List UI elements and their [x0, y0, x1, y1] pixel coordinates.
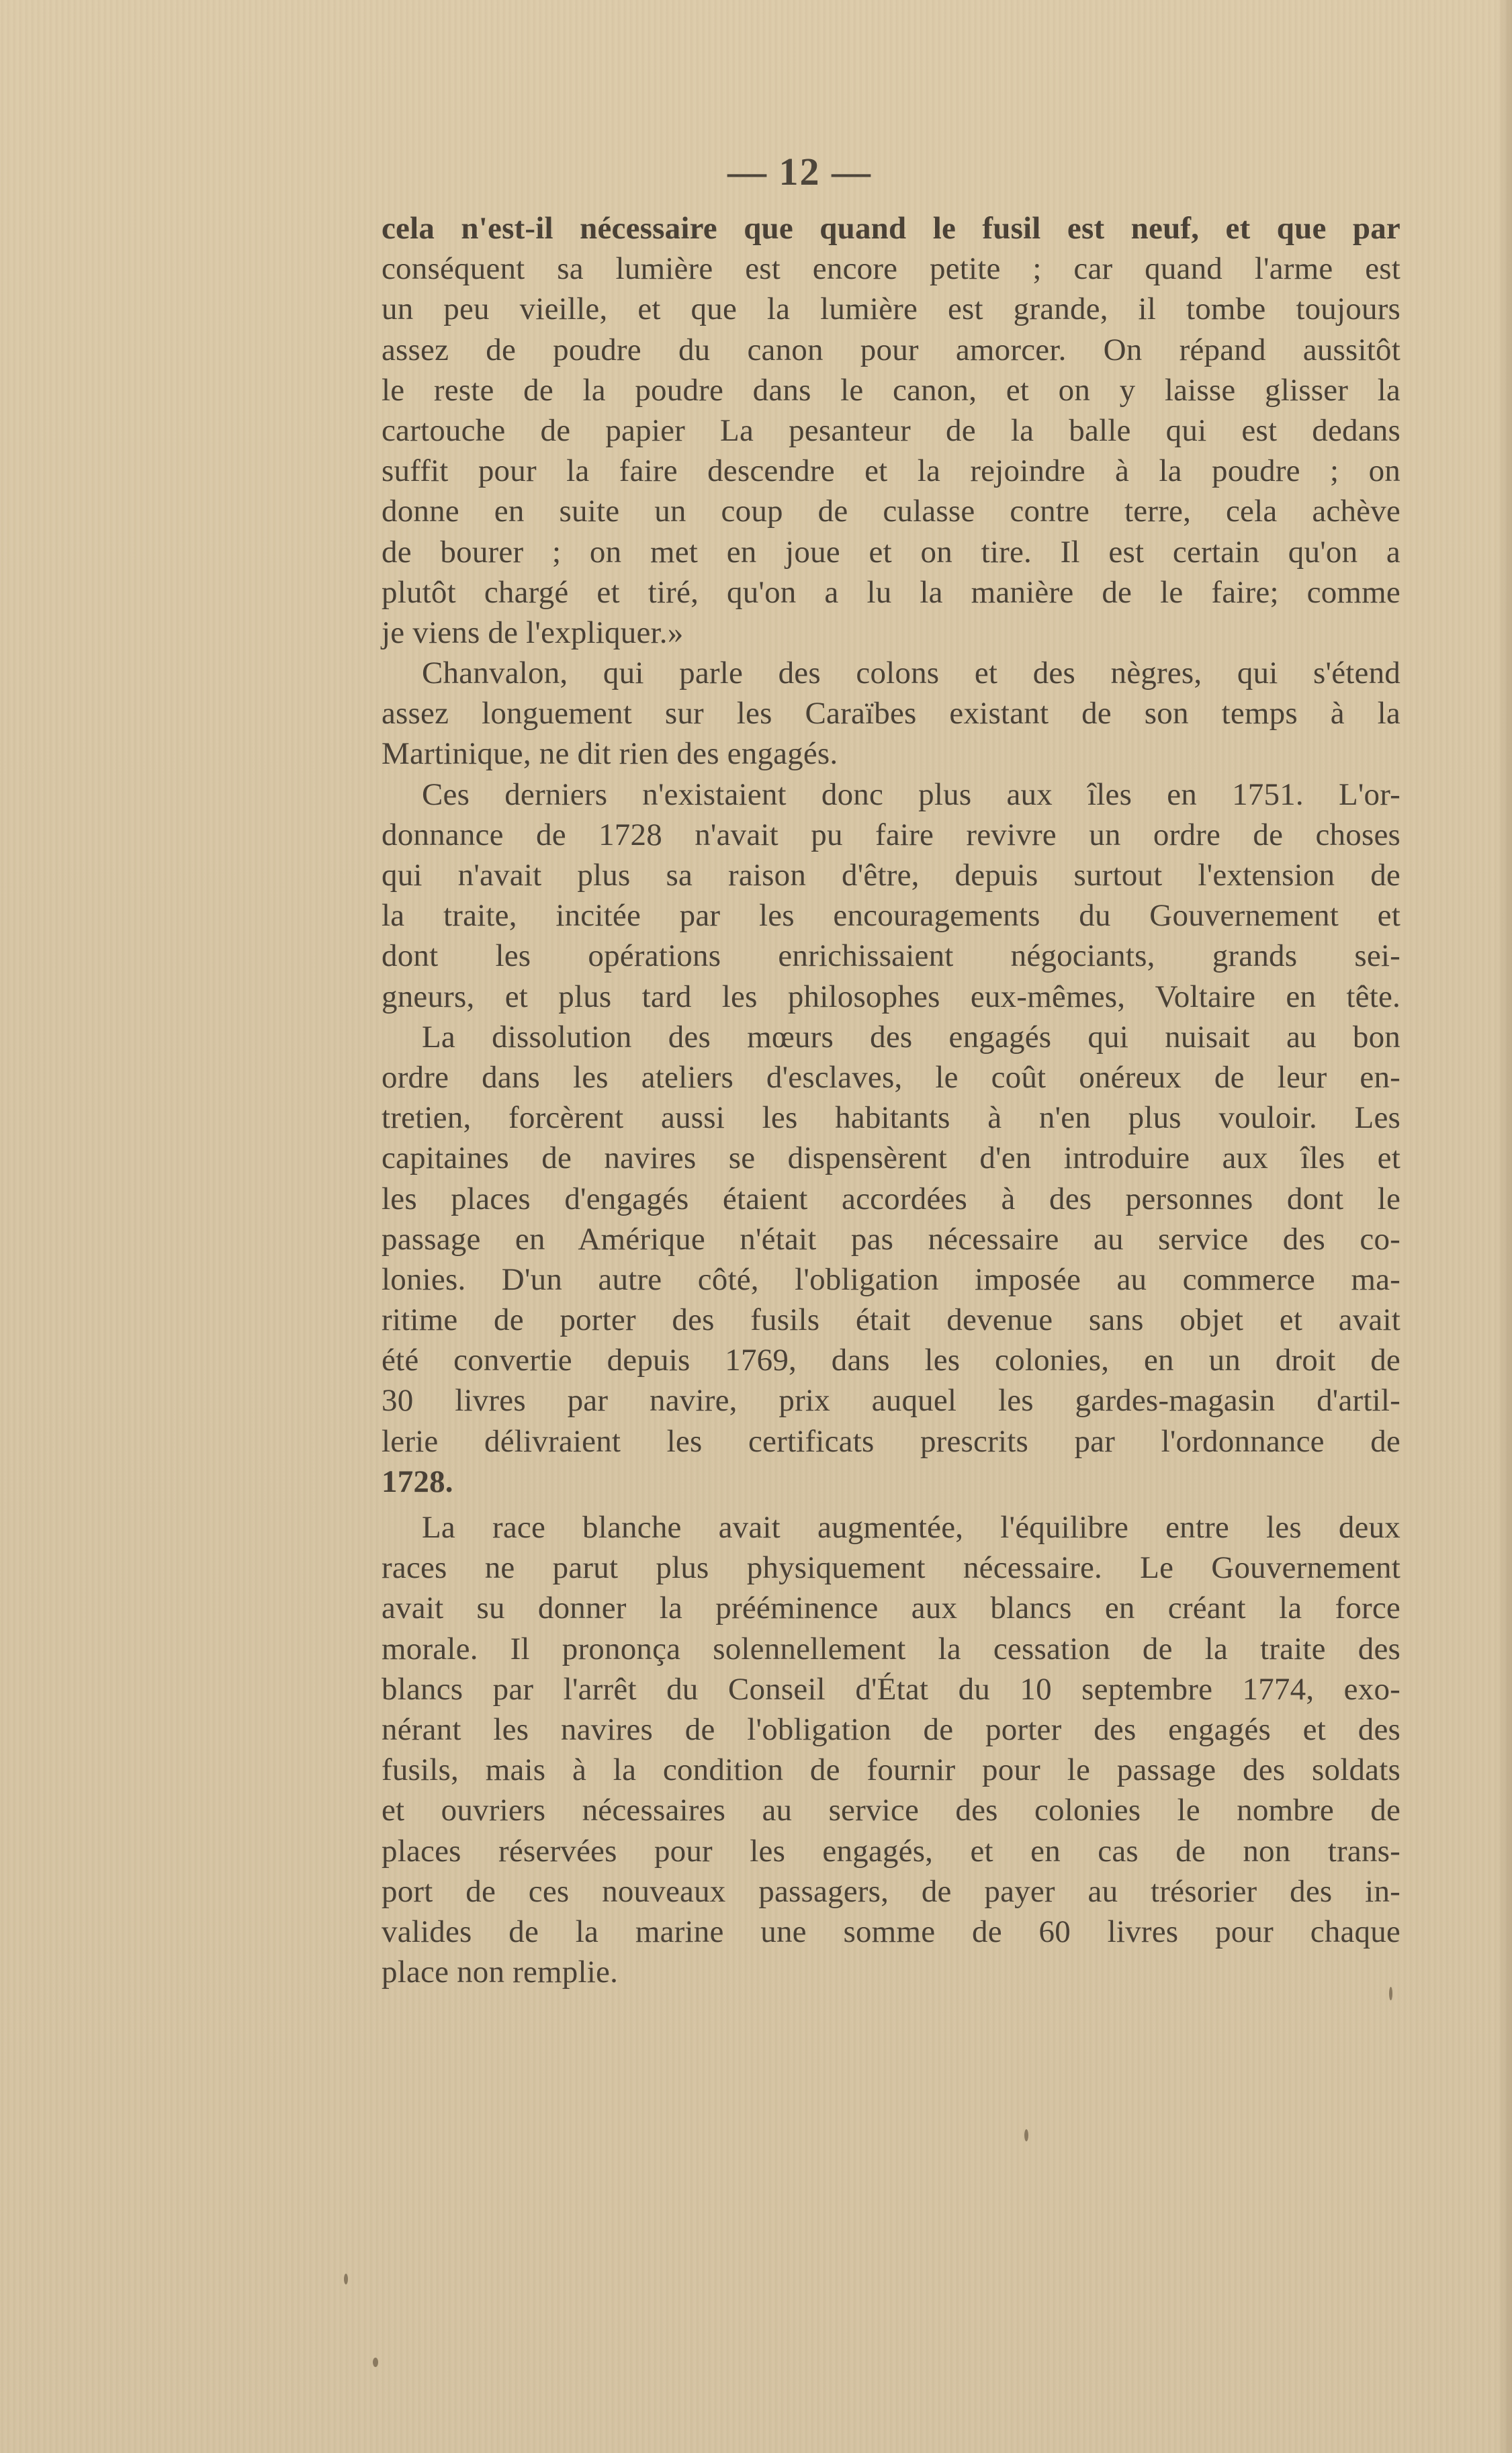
page-edge-shadow [1497, 0, 1512, 2453]
paper-speck [1024, 2129, 1028, 2141]
text-line: fusils, mais à la condition de fournir p… [382, 1750, 1400, 1790]
text-line: La race blanche avait augmentée, l'équil… [382, 1507, 1400, 1548]
text-line: Ces derniers n'existaient donc plus aux … [382, 774, 1400, 815]
text-line: capitaines de navires se dispensèrent d'… [382, 1138, 1400, 1178]
text-line: ritime de porter des fusils était devenu… [382, 1300, 1400, 1340]
paragraph: Ces derniers n'existaient donc plus aux … [382, 774, 1400, 1017]
text-line: donne en suite un coup de culasse contre… [382, 491, 1400, 531]
text-line: passage en Amérique n'était pas nécessai… [382, 1219, 1400, 1259]
text-line: 30 livres par navire, prix auquel les ga… [382, 1380, 1400, 1421]
text-line: tretien, forcèrent aussi les habitants à… [382, 1098, 1400, 1138]
paragraph: La dissolution des mœurs des engagés qui… [382, 1017, 1400, 1502]
text-line: cartouche de papier La pesanteur de la b… [382, 410, 1400, 451]
text-line: donnance de 1728 n'avait pu faire revivr… [382, 815, 1400, 855]
text-line: la traite, incitée par les encouragement… [382, 895, 1400, 936]
text-line: races ne parut plus physiquement nécessa… [382, 1548, 1400, 1588]
text-line: été convertie depuis 1769, dans les colo… [382, 1340, 1400, 1380]
text-line: plutôt chargé et tiré, qu'on a lu la man… [382, 572, 1400, 613]
text-line: conséquent sa lumière est encore petite … [382, 249, 1400, 289]
paper-speck [1389, 1987, 1392, 2000]
text-line: ordre dans les ateliers d'esclaves, le c… [382, 1057, 1400, 1098]
text-line: avait su donner la prééminence aux blanc… [382, 1588, 1400, 1628]
body-text: cela n'est-il nécessaire que quand le fu… [382, 208, 1400, 1992]
text-line: qui n'avait plus sa raison d'être, depui… [382, 855, 1400, 895]
page-number: — 12 — [0, 149, 1512, 194]
text-line: de bourer ; on met en joue et on tire. I… [382, 532, 1400, 572]
text-line: lonies. D'un autre côté, l'obligation im… [382, 1259, 1400, 1300]
paragraph: La race blanche avait augmentée, l'équil… [382, 1507, 1400, 1992]
text-line: je viens de l'expliquer.» [382, 613, 1400, 653]
text-line: port de ces nouveaux passagers, de payer… [382, 1871, 1400, 1912]
text-line: Martinique, ne dit rien des engagés. [382, 733, 1400, 774]
text-line: et ouvriers nécessaires au service des c… [382, 1790, 1400, 1830]
paragraph: Chanvalon, qui parle des colons et des n… [382, 653, 1400, 774]
text-line: suffit pour la faire descendre et la rej… [382, 451, 1400, 491]
text-line: le reste de la poudre dans le canon, et … [382, 370, 1400, 410]
text-line: les places d'engagés étaient accordées à… [382, 1179, 1400, 1219]
text-line: La dissolution des mœurs des engagés qui… [382, 1017, 1400, 1057]
text-line: blancs par l'arrêt du Conseil d'État du … [382, 1669, 1400, 1709]
text-line: dont les opérations enrichissaient négoc… [382, 936, 1400, 976]
text-line: places réservées pour les engagés, et en… [382, 1831, 1400, 1871]
text-line: nérant les navires de l'obligation de po… [382, 1709, 1400, 1750]
text-line: place non remplie. [382, 1952, 1400, 1992]
text-line: gneurs, et plus tard les philosophes eux… [382, 977, 1400, 1017]
text-line: assez de poudre du canon pour amorcer. O… [382, 330, 1400, 370]
paragraph-gap [382, 1502, 1400, 1507]
text-line: Chanvalon, qui parle des colons et des n… [382, 653, 1400, 693]
text-line: lerie délivraient les certificats prescr… [382, 1421, 1400, 1462]
text-line: cela n'est-il nécessaire que quand le fu… [382, 208, 1400, 249]
text-line: 1728. [382, 1462, 1400, 1502]
text-line: assez longuement sur les Caraïbes exista… [382, 693, 1400, 733]
paper-speck [344, 2274, 348, 2284]
text-line: morale. Il prononça solennellement la ce… [382, 1629, 1400, 1669]
paragraph: cela n'est-il nécessaire que quand le fu… [382, 208, 1400, 653]
text-line: valides de la marine une somme de 60 liv… [382, 1912, 1400, 1952]
text-line: un peu vieille, et que la lumière est gr… [382, 289, 1400, 329]
paper-speck [373, 2358, 378, 2367]
